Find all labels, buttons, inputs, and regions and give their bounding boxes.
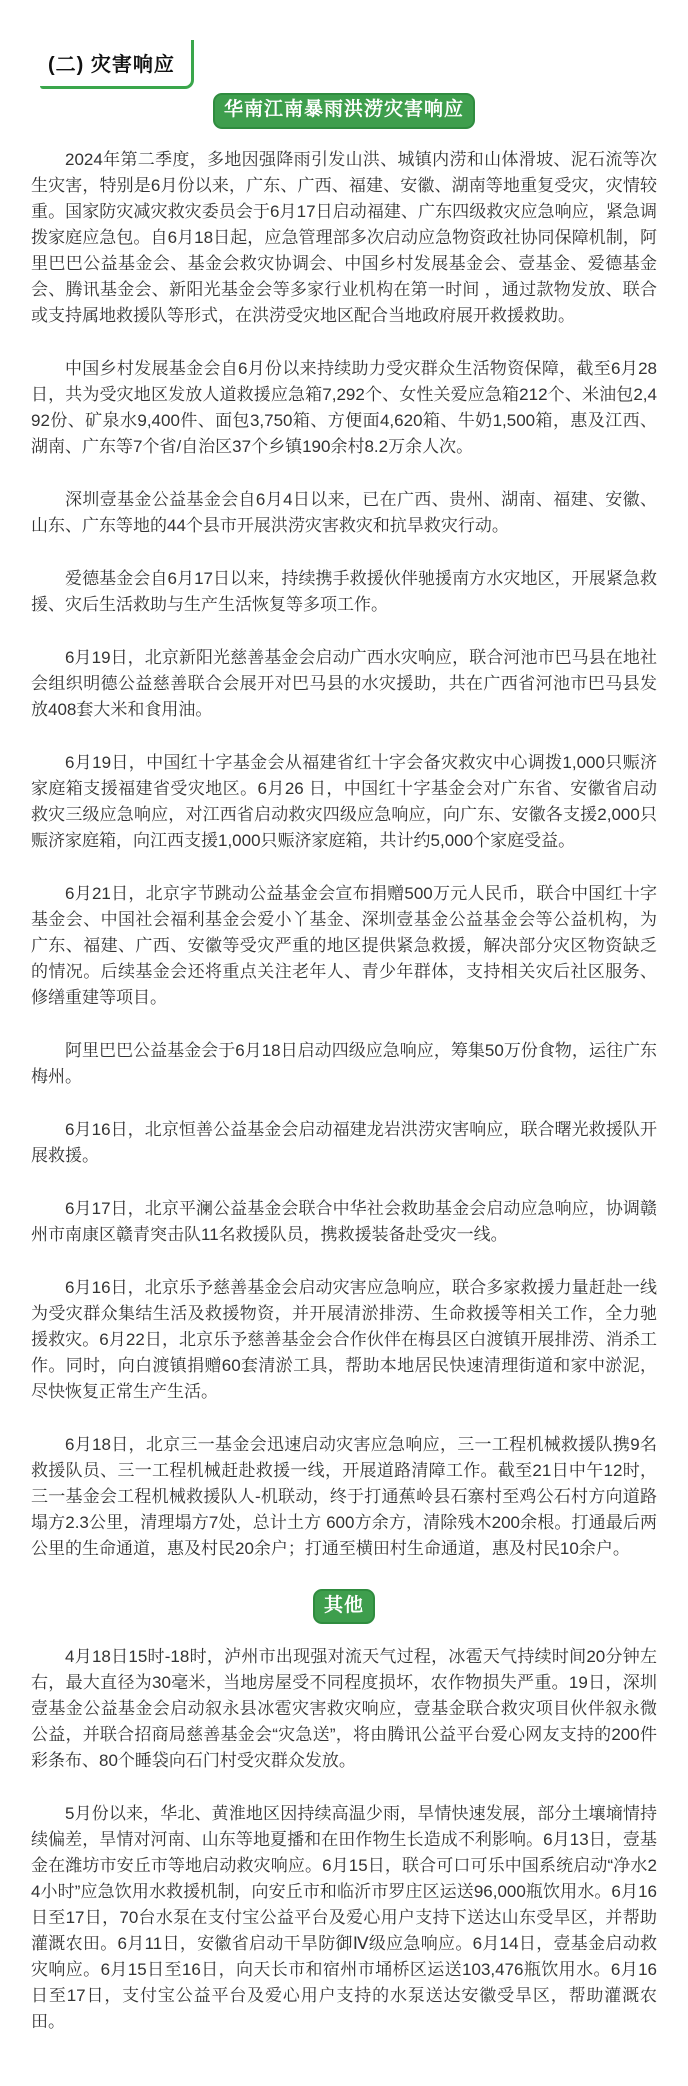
paragraph: 6月17日，北京平澜公益基金会联合中华社会救助基金会启动应急响应，协调赣州市南康…	[31, 1196, 657, 1248]
badge-row-other: 其他	[31, 1589, 657, 1625]
paragraph: 深圳壹基金公益基金会自6月4日以来，已在广西、贵州、湖南、福建、安徽、山东、广东…	[31, 487, 657, 539]
paragraph: 爱德基金会自6月17日以来，持续携手救援伙伴驰援南方水灾地区，开展紧急救援、灾后…	[31, 566, 657, 618]
paragraph: 6月16日，北京恒善公益基金会启动福建龙岩洪涝灾害响应，联合曙光救援队开展救援。	[31, 1117, 657, 1169]
paragraph: 中国乡村发展基金会自6月份以来持续助力受灾群众生活物资保障，截至6月28日，共为…	[31, 356, 657, 460]
paragraph: 6月19日，中国红十字基金会从福建省红十字会备灾救灾中心调拨1,000只赈济家庭…	[31, 750, 657, 854]
paragraph: 2024年第二季度，多地因强降雨引发山洪、城镇内涝和山体滑坡、泥石流等次生灾害，…	[31, 147, 657, 329]
badge-south-china-flood-response: 华南江南暴雨洪涝灾害响应	[213, 93, 475, 129]
paragraph: 6月21日，北京字节跳动公益基金会宣布捐赠500万元人民币，联合中国红十字基金会…	[31, 881, 657, 1011]
paragraph: 阿里巴巴公益基金会于6月18日启动四级应急响应，筹集50万份食物，运往广东梅州。	[31, 1038, 657, 1090]
section-heading-label: (二) 灾害响应	[48, 54, 175, 76]
paragraph: 6月18日，北京三一基金会迅速启动灾害应急响应，三一工程机械救援队携9名救援队员…	[31, 1432, 657, 1562]
paragraph: 5月份以来，华北、黄淮地区因持续高温少雨，旱情快速发展，部分土壤墒情持续偏差，旱…	[31, 1801, 657, 2035]
paragraph: 4月18日15时-18时，泸州市出现强对流天气过程，冰雹天气持续时间20分钟左右…	[31, 1644, 657, 1774]
paragraph: 6月19日，北京新阳光慈善基金会启动广西水灾响应，联合河池市巴马县在地社会组织明…	[31, 645, 657, 723]
badge-other: 其他	[313, 1589, 375, 1625]
paragraph: 6月16日，北京乐予慈善基金会启动灾害应急响应，联合多家救援力量赶赴一线为受灾群…	[31, 1275, 657, 1405]
badge-row-flood: 华南江南暴雨洪涝灾害响应	[31, 93, 657, 129]
article-page: (二) 灾害响应 华南江南暴雨洪涝灾害响应 2024年第二季度，多地因强降雨引发…	[0, 0, 688, 2086]
section-heading: (二) 灾害响应	[40, 40, 194, 89]
